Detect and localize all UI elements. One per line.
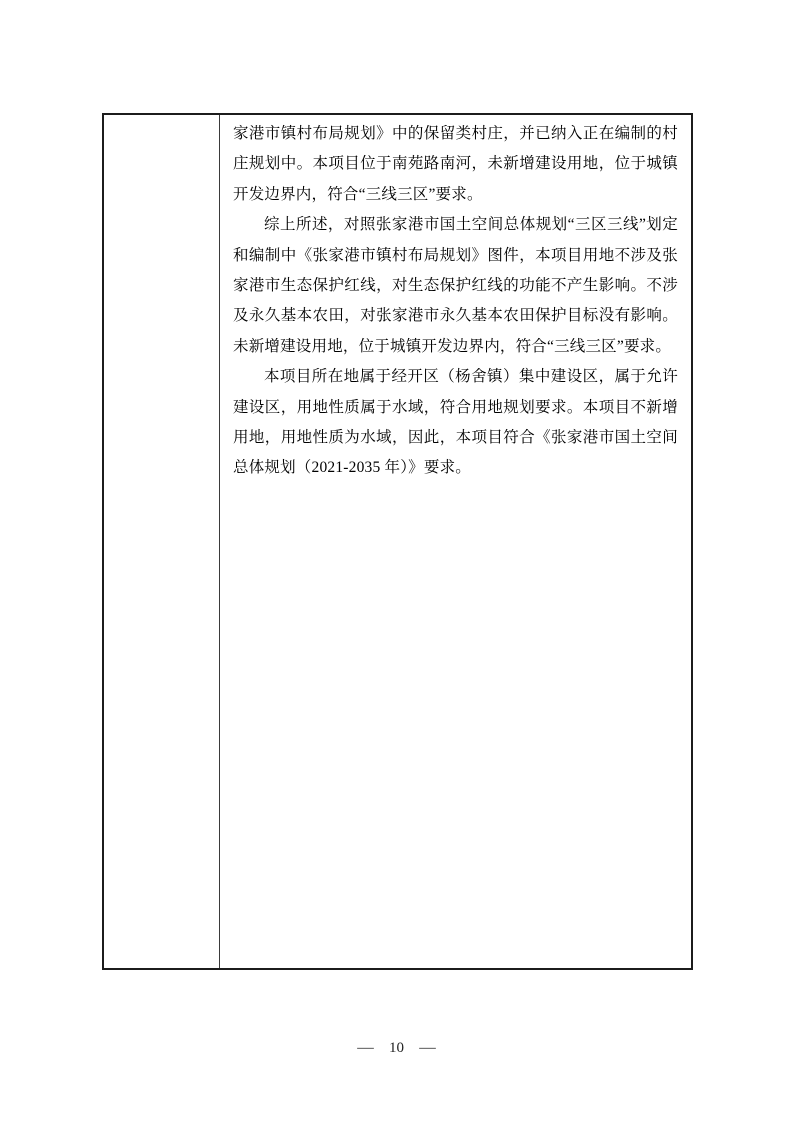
paragraph-continuation: 家港市镇村布局规划》中的保留类村庄，并已纳入正在编制的村庄规划中。本项目位于南苑… bbox=[233, 119, 678, 210]
page-footer: — 10 — bbox=[0, 1036, 793, 1060]
table-left-cell bbox=[104, 115, 220, 968]
paragraph-summary: 综上所述，对照张家港市国土空间总体规划“三区三线”划定和编制中《张家港市镇村布局… bbox=[233, 210, 678, 362]
paragraph-conclusion: 本项目所在地属于经开区（杨舍镇）集中建设区，属于允许建设区，用地性质属于水域，符… bbox=[233, 362, 678, 484]
footer-left-dash: — bbox=[357, 1036, 374, 1060]
document-table: 家港市镇村布局规划》中的保留类村庄，并已纳入正在编制的村庄规划中。本项目位于南苑… bbox=[102, 113, 693, 970]
document-page: 家港市镇村布局规划》中的保留类村庄，并已纳入正在编制的村庄规划中。本项目位于南苑… bbox=[0, 0, 793, 1122]
page-number: 10 bbox=[389, 1036, 404, 1060]
table-right-cell: 家港市镇村布局规划》中的保留类村庄，并已纳入正在编制的村庄规划中。本项目位于南苑… bbox=[220, 115, 691, 968]
footer-right-dash: — bbox=[419, 1036, 436, 1060]
